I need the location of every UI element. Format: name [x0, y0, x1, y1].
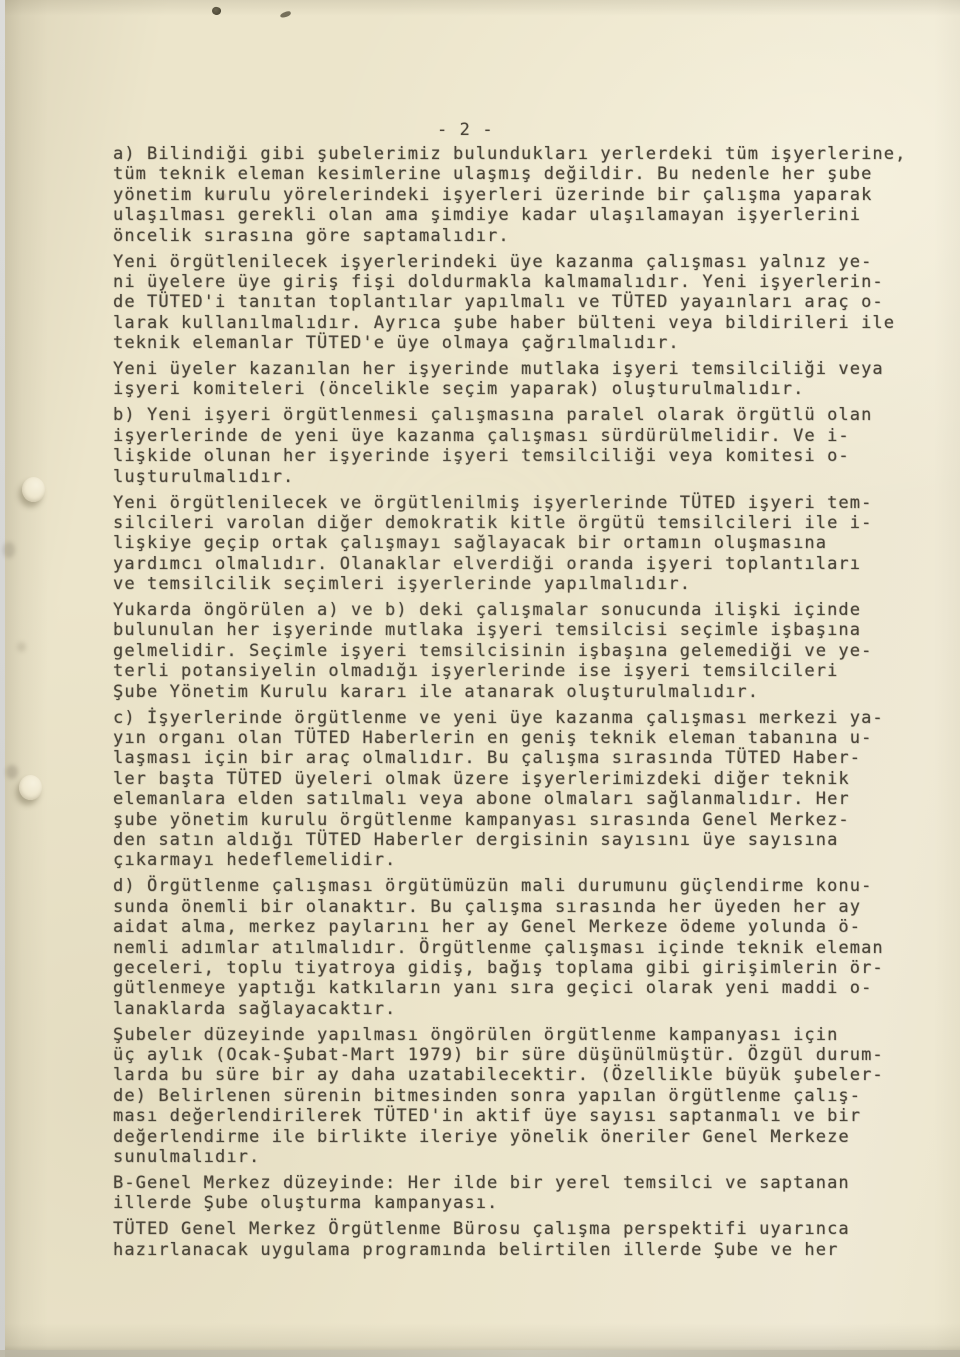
- margin-smudge: [3, 542, 15, 558]
- document-body: a) Bilindiği gibi şubelerimiz bulundukla…: [113, 144, 943, 1266]
- text-line: ulaşılması gerekli olan ama şimdiye kada…: [113, 205, 943, 225]
- margin-smudge: [17, 642, 26, 652]
- text-line: sunulmalıdır.: [113, 1147, 943, 1167]
- paragraph: c) İşyerlerinde örgütlenme ve yeni üye k…: [113, 708, 943, 871]
- paragraph: B-Genel Merkez düzeyinde: Her ilde bir y…: [113, 1173, 943, 1214]
- scanned-page: - 2 - a) Bilindiği gibi şubelerimiz bulu…: [0, 0, 960, 1357]
- text-line: de) Belirlenen sürenin bitmesinden sonra…: [113, 1086, 943, 1106]
- text-line: değerlendirme ile birlikte ileriye yönel…: [113, 1127, 943, 1147]
- text-line: elemanlara elden satılmalı veya abone ol…: [113, 789, 943, 809]
- text-line: lanaklarda sağlayacaktır.: [113, 999, 943, 1019]
- text-line: yönetim kurulu yörelerindeki işyerleri ü…: [113, 185, 943, 205]
- text-line: Şube Yönetim Kurulu kararı ile atanarak …: [113, 682, 943, 702]
- text-line: yın organı olan TÜTED Haberlerin en geni…: [113, 728, 943, 748]
- text-line: illerde Şube oluşturma kampanyası.: [113, 1193, 943, 1213]
- text-line: lişkide olunan her işyerinde işyeri tems…: [113, 446, 943, 466]
- text-line: ması değerlendirilerek TÜTED'in aktif üy…: [113, 1106, 943, 1126]
- paragraph: b) Yeni işyeri örgütlenmesi çalışmasına …: [113, 405, 943, 487]
- paragraph: Yeni örgütlenilecek işyerlerindeki üye k…: [113, 252, 943, 354]
- text-line: sunda önemli bir olanaktır. Bu çalışma s…: [113, 897, 943, 917]
- text-line: b) Yeni işyeri örgütlenmesi çalışmasına …: [113, 405, 943, 425]
- text-line: ler başta TÜTED üyeleri olmak üzere işye…: [113, 769, 943, 789]
- text-line: terli potansiyelin olmadığı işyerlerinde…: [113, 661, 943, 681]
- text-line: lişkiye geçip ortak çalışmayı sağlayacak…: [113, 533, 943, 553]
- text-line: luşturulmalıdır.: [113, 467, 943, 487]
- text-line: öncelik sırasına göre saptamalıdır.: [113, 226, 943, 246]
- text-line: çıkarmayı hedeflemelidir.: [113, 850, 943, 870]
- scan-edge-left: [0, 0, 5, 1357]
- text-line: bulunulan her işyerinde mutlaka işyeri t…: [113, 620, 943, 640]
- text-line: silcileri varolan diğer demokratik kitle…: [113, 513, 943, 533]
- text-line: teknik elemanlar TÜTED'e üye olmaya çağr…: [113, 333, 943, 353]
- text-line: larak kullanılmalıdır. Ayrıca şube haber…: [113, 313, 943, 333]
- paragraph: d) Örgütlenme çalışması örgütümüzün mali…: [113, 876, 943, 1019]
- paragraph: TÜTED Genel Merkez Örgütlenme Bürosu çal…: [113, 1219, 943, 1260]
- paragraph: Yeni üyeler kazanılan her işyerinde mutl…: [113, 359, 943, 400]
- text-line: Yeni örgütlenilecek işyerlerindeki üye k…: [113, 252, 943, 272]
- text-line: şube yönetim kurulu örgütlenme kampanyas…: [113, 810, 943, 830]
- text-line: nemli adımlar atılmalıdır. Örgütlenme ça…: [113, 938, 943, 958]
- text-line: işyerlerinde de yeni üye kazanma çalışma…: [113, 426, 943, 446]
- margin-smudge: [6, 765, 18, 779]
- text-line: B-Genel Merkez düzeyinde: Her ilde bir y…: [113, 1173, 943, 1193]
- text-line: Yeni üyeler kazanılan her işyerinde mutl…: [113, 359, 943, 379]
- emboss-mark: [22, 477, 45, 502]
- paper-speck: [211, 6, 221, 16]
- text-line: tüm teknik eleman kesimlerine ulaşmış de…: [113, 164, 943, 184]
- text-line: geceleri, toplu tiyatroya gidiş, bağış t…: [113, 958, 943, 978]
- text-line: laşması için bir araç olmalıdır. Bu çalı…: [113, 748, 943, 768]
- paper-speck: [279, 10, 291, 18]
- text-line: hazırlanacak uygulama programında belirt…: [113, 1240, 943, 1260]
- scan-edge-bottom: [0, 1350, 960, 1357]
- paragraph: Yukarda öngörülen a) ve b) deki çalışmal…: [113, 600, 943, 702]
- paragraph: Şubeler düzeyinde yapılması öngörülen ör…: [113, 1025, 943, 1168]
- text-line: Yukarda öngörülen a) ve b) deki çalışmal…: [113, 600, 943, 620]
- paragraph: Yeni örgütlenilecek ve örgütlenilmiş işy…: [113, 493, 943, 595]
- page-number: - 2 -: [437, 120, 494, 140]
- text-line: Şubeler düzeyinde yapılması öngörülen ör…: [113, 1025, 943, 1045]
- paragraph: a) Bilindiği gibi şubelerimiz bulundukla…: [113, 144, 943, 246]
- text-line: d) Örgütlenme çalışması örgütümüzün mali…: [113, 876, 943, 896]
- emboss-mark: [19, 775, 42, 800]
- text-line: c) İşyerlerinde örgütlenme ve yeni üye k…: [113, 708, 943, 728]
- text-line: de TÜTED'i tanıtan toplantılar yapılmalı…: [113, 292, 943, 312]
- text-line: gütlenmeye yaptığı katkıların yanı sıra …: [113, 978, 943, 998]
- text-line: Yeni örgütlenilecek ve örgütlenilmiş işy…: [113, 493, 943, 513]
- text-line: işyeri komiteleri (öncelikle seçim yapar…: [113, 379, 943, 399]
- text-line: gelmelidir. Seçimle işyeri temsilcisinin…: [113, 641, 943, 661]
- text-line: larda bu süre bir ay daha uzatabilecekti…: [113, 1065, 943, 1085]
- text-line: ni üyelere üye giriş fişi doldurmakla ka…: [113, 272, 943, 292]
- text-line: TÜTED Genel Merkez Örgütlenme Bürosu çal…: [113, 1219, 943, 1239]
- text-line: ve temsilcilik seçimleri işyerlerinde ya…: [113, 574, 943, 594]
- text-line: yardımcı olmalıdır. Olanaklar elverdiği …: [113, 554, 943, 574]
- text-line: den satın aldığı TÜTED Haberler dergisin…: [113, 830, 943, 850]
- text-line: üç aylık (Ocak-Şubat-Mart 1979) bir süre…: [113, 1045, 943, 1065]
- text-line: aidat alma, merkez paylarını her ay Gene…: [113, 917, 943, 937]
- text-line: a) Bilindiği gibi şubelerimiz bulundukla…: [113, 144, 943, 164]
